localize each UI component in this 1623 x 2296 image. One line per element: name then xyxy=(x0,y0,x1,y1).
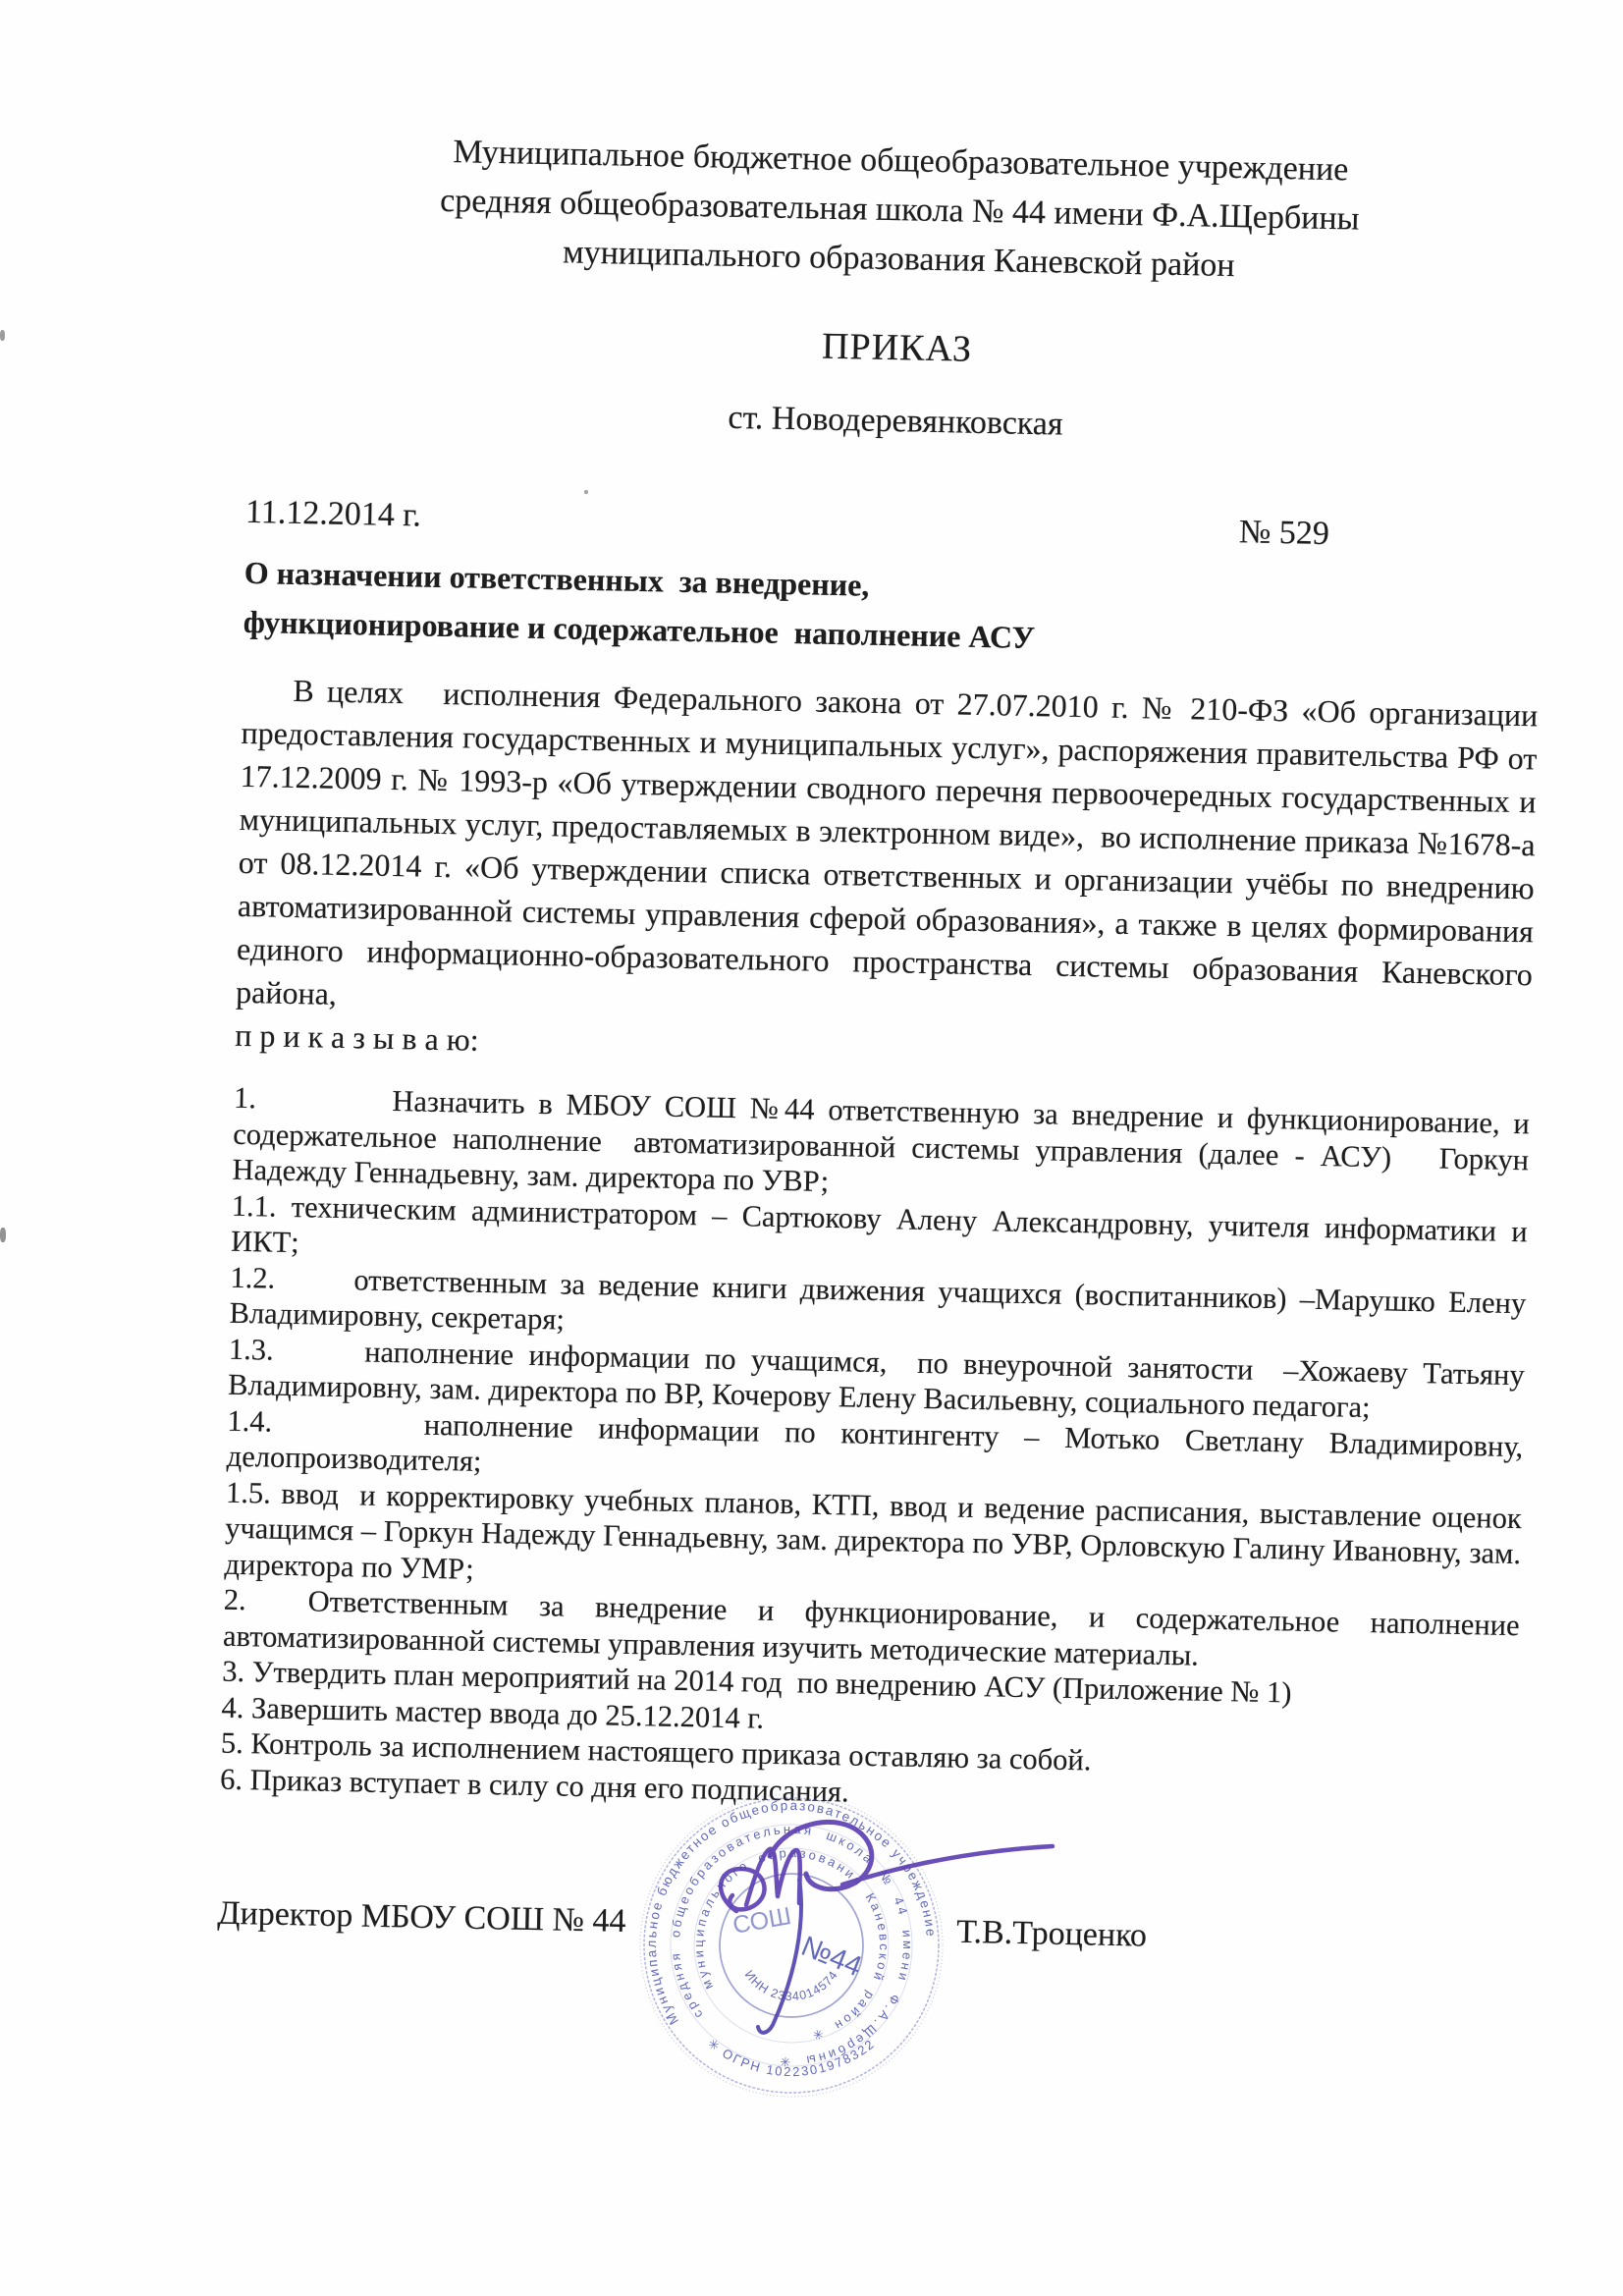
doc-type-title: ПРИКАЗ xyxy=(248,308,1545,387)
scan-speck xyxy=(0,1228,6,1242)
document-content: Муниципальное бюджетное общеобразователь… xyxy=(220,124,1549,1823)
signature-stroke xyxy=(758,1880,801,2033)
scan-speck xyxy=(0,330,5,341)
subject-block: О назначении ответственных за внедрение,… xyxy=(243,548,1541,672)
doc-date: 11.12.2014 г. xyxy=(245,489,422,540)
scan-speck xyxy=(584,490,588,494)
signature-stroke xyxy=(842,1846,1053,1885)
signature-stroke xyxy=(746,1849,800,1905)
document-header: Муниципальное бюджетное общеобразователь… xyxy=(250,124,1549,297)
doc-number: № 529 xyxy=(1238,509,1329,558)
scanned-order-page: Муниципальное бюджетное общеобразователь… xyxy=(0,0,1623,2296)
signatory-position: Директор МБОУ СОШ № 44 xyxy=(217,1895,626,1941)
director-signature xyxy=(589,1785,1100,2080)
order-items: 1. Назначить в МБОУ СОШ №44 ответственну… xyxy=(220,1080,1530,1823)
preamble-paragraph: В целях исполнения Федерального закона о… xyxy=(236,668,1539,1039)
place-line: ст. Новодеревянковская xyxy=(247,385,1544,458)
